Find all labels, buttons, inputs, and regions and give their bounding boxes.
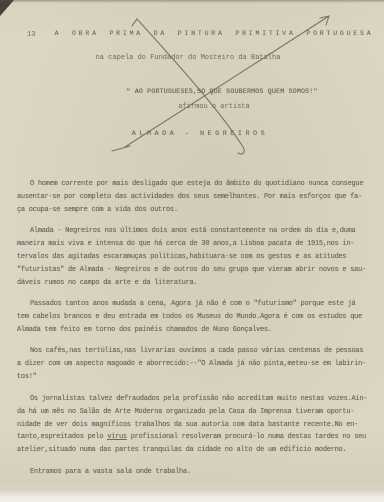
document-title: A OBRA PRIMA DA PINTURA PRIMITIVA PORTUG… <box>52 30 376 37</box>
text-line: tervalos das agitadas escaramuças políti… <box>17 251 377 264</box>
artist-quote: " AO PORTUGUESES,SO QUE SOUBERMOS QUEM S… <box>60 88 384 95</box>
quote-attribution: afirmou o artista <box>40 103 384 111</box>
paragraph: Passados tantos anos mudada a cena, Agor… <box>17 298 377 337</box>
document-subtitle: na capela do Fundador do Mosteiro da Bat… <box>0 54 376 62</box>
text-line: maneira mais viva e intensa do que há ce… <box>17 238 377 251</box>
paragraph: O homem corrente por mais desligado que … <box>17 178 377 217</box>
paragraph: Os jornalistas talvez defraudados pela p… <box>17 393 377 458</box>
paragraph: Nos cafés,nas tertúlias,nas livrarias ou… <box>17 345 377 384</box>
paragraph: Almada - Negreiros nos últimos dois anos… <box>17 225 377 290</box>
text-line: Almada - Negreiros nos últimos dois anos… <box>17 225 377 238</box>
page-number: 13 <box>27 31 35 39</box>
scan-top-edge <box>0 0 384 3</box>
text-line: tem cabelos brancos e deu entrada em tod… <box>17 311 377 324</box>
underlined-word: vírus <box>107 433 127 441</box>
text-line: nidade de ver dois magníficos trabalhos … <box>17 419 377 432</box>
text-line: ça ocupa-se sempre com a vida dos outros… <box>17 204 377 217</box>
body-paragraphs: O homem corrente por mais desligado que … <box>17 178 377 487</box>
text-line: Os jornalistas talvez defraudados pela p… <box>17 393 377 406</box>
text-line: atelier,situado numa das partes tranquil… <box>17 444 377 457</box>
text-line: O homem corrente por mais desligado que … <box>17 178 377 191</box>
scan-bottom-edge <box>0 490 384 502</box>
text-line: tos!" <box>17 371 377 384</box>
text-line: tanto,espreitados pelo vírus profissiona… <box>17 431 377 444</box>
text-line: ausentar-se por completo das actividades… <box>17 191 377 204</box>
text-line: dáveis rumos no campo da arte e da liter… <box>17 277 377 290</box>
text-line: da há um mês no Salão de Arte Moderna or… <box>17 406 377 419</box>
author-name: ALMADA - NEGREIROS <box>16 130 384 138</box>
text-line: "futuristas" de Almada - Negreiros e de … <box>17 264 377 277</box>
text-line: Entramos para a vasta sala onde trabalha… <box>17 466 377 479</box>
text-line: Passados tantos anos mudada a cena, Agor… <box>17 298 377 311</box>
text-line: a dizer com um aspecto magoado e aborrec… <box>17 358 377 371</box>
paragraph: Entramos para a vasta sala onde trabalha… <box>17 466 377 479</box>
scanned-typescript-page: 13 A OBRA PRIMA DA PINTURA PRIMITIVA POR… <box>0 0 384 502</box>
text-line: Nos cafés,nas tertúlias,nas livrarias ou… <box>17 345 377 358</box>
text-line: Almada tem feito em torno dos painéis ch… <box>17 324 377 337</box>
